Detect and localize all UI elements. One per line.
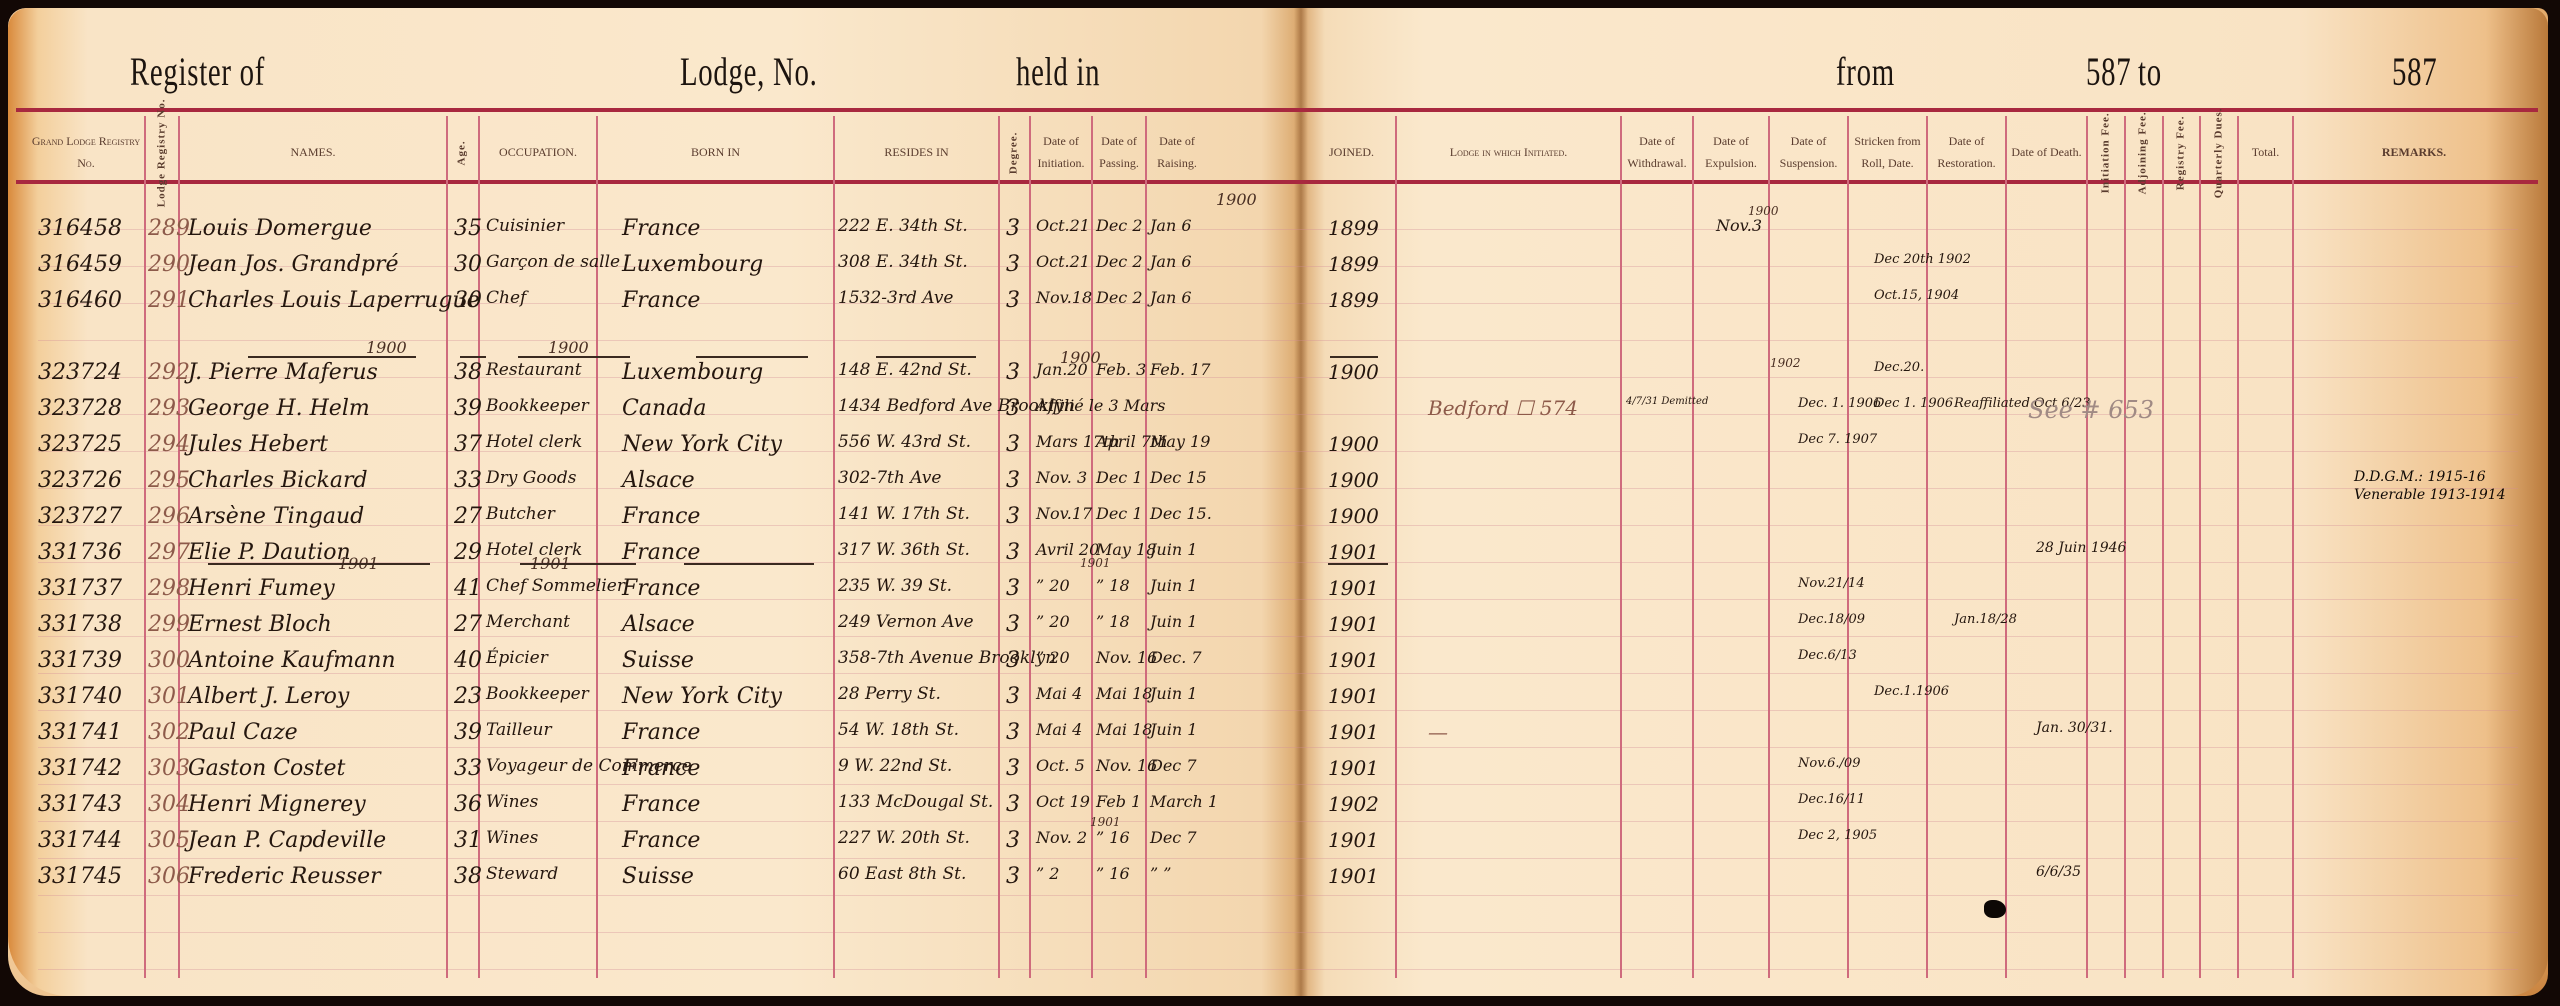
- row-10-joined: 1901: [1328, 576, 1379, 600]
- group-underline: [248, 356, 416, 358]
- row-8-raising: Dec 15.: [1150, 504, 1212, 523]
- row-17-name: Jean P. Capdeville: [188, 828, 386, 853]
- row-2-raising: Jan 6: [1150, 252, 1192, 271]
- row-18-degree: 3: [1006, 864, 1020, 889]
- row-15-joined: 1901: [1328, 756, 1379, 780]
- row-5-lodge: 293: [148, 396, 190, 421]
- header-initiation-fee: Initiation Fee.: [2088, 120, 2124, 186]
- row-9-resides: 317 W. 36th St.: [838, 540, 970, 560]
- row-4-initiation: Jan.20: [1036, 360, 1088, 379]
- row-8-born: France: [622, 504, 700, 529]
- row-3-passing: Dec 2: [1096, 288, 1143, 307]
- header-registry-fee: Registry Fee.: [2164, 120, 2199, 186]
- row-18-raising: ” ”: [1150, 864, 1171, 883]
- row-10-occupation: Chef Sommelier: [486, 576, 625, 596]
- row-4-born: Luxembourg: [622, 360, 763, 385]
- row-3-name: Charles Louis Laperrugue: [188, 288, 480, 313]
- row-2-age: 30: [454, 252, 482, 277]
- row-2-passing: Dec 2: [1096, 252, 1143, 271]
- row-18-occupation: Steward: [486, 864, 558, 884]
- row-18-name: Frederic Reusser: [188, 864, 381, 889]
- row-15-passing: Nov. 16: [1096, 756, 1157, 775]
- row-16-joined: 1902: [1328, 792, 1379, 816]
- row-11-occupation: Merchant: [486, 612, 570, 632]
- row-4-age: 38: [454, 360, 482, 385]
- row-10-name: Henri Fumey: [188, 576, 335, 601]
- row-1-expulsion: Nov.3: [1716, 216, 1762, 235]
- column-divider: [2005, 116, 2007, 978]
- row-1-born: France: [622, 216, 700, 241]
- row-9-death: 28 Juin 1946: [2036, 540, 2126, 556]
- row-8-resides: 141 W. 17th St.: [838, 504, 970, 524]
- column-divider: [998, 116, 1000, 978]
- row-14-grand: 331741: [38, 720, 122, 745]
- row-14-age: 39: [454, 720, 482, 745]
- row-11-initiation: ” 20: [1036, 612, 1070, 631]
- header-passing: Date of Passing.: [1093, 120, 1145, 186]
- row-11-raising: Juin 1: [1150, 612, 1197, 631]
- row-3-grand: 316460: [38, 288, 122, 313]
- header-withdrawal: Date of Withdrawal.: [1622, 120, 1692, 186]
- row-11-joined: 1901: [1328, 612, 1379, 636]
- row-2-stricken: Dec 20th 1902: [1874, 252, 1971, 267]
- row-15-initiation: Oct. 5: [1036, 756, 1085, 775]
- row-7-lodge: 295: [148, 468, 190, 493]
- row-6-name: Jules Hebert: [188, 432, 328, 457]
- row-17-occupation: Wines: [486, 828, 538, 848]
- row-13-born: New York City: [622, 684, 782, 709]
- annotation-year: 1900: [548, 338, 589, 357]
- header-lodge-initiated: Lodge in which Initiated.: [1397, 120, 1620, 186]
- row-1-lodge: 289: [148, 216, 190, 241]
- row-1-passing: Dec 2: [1096, 216, 1143, 235]
- row-11-grand: 331738: [38, 612, 122, 637]
- header-raising: Date of Raising.: [1147, 120, 1207, 186]
- row-9-age: 29: [454, 540, 482, 565]
- row-16-lodge: 304: [148, 792, 190, 817]
- header-age-label: Age.: [453, 140, 473, 165]
- row-4-joined: 1900: [1328, 360, 1379, 384]
- row-16-passing: Feb 1: [1096, 792, 1141, 811]
- row-5-stricken: Dec 1. 1906: [1874, 396, 1953, 411]
- row-2-resides: 308 E. 34th St.: [838, 252, 968, 272]
- header-remarks: REMARKS.: [2294, 120, 2534, 186]
- header-resides-in: RESIDES IN: [835, 120, 998, 186]
- row-5-born: Canada: [622, 396, 706, 421]
- row-12-grand: 331739: [38, 648, 122, 673]
- row-15-suspension: Nov.6./09: [1798, 756, 1860, 771]
- row-12-lodge: 300: [148, 648, 190, 673]
- row-8-initiation: Nov.17: [1036, 504, 1092, 523]
- row-17-grand: 331744: [38, 828, 122, 853]
- row-16-resides: 133 McDougal St.: [838, 792, 993, 812]
- row-2-degree: 3: [1006, 252, 1020, 277]
- header-adjoining-fee: Adjoining Fee.: [2126, 120, 2162, 186]
- row-9-grand: 331736: [38, 540, 122, 565]
- row-14-death: Jan. 30/31.: [2036, 720, 2113, 736]
- column-divider: [1620, 116, 1622, 978]
- row-14-joined: 1901: [1328, 720, 1379, 744]
- row-5-degree: 3: [1006, 396, 1020, 421]
- row-14-lodge: 302: [148, 720, 190, 745]
- row-17-suspension: Dec 2, 1905: [1798, 828, 1877, 843]
- row-10-raising: Juin 1: [1150, 576, 1197, 595]
- row-6-born: New York City: [622, 432, 782, 457]
- row-11-suspension: Dec.18/09: [1798, 612, 1865, 627]
- row-14-name: Paul Caze: [188, 720, 298, 745]
- row-6-joined: 1900: [1328, 432, 1379, 456]
- row-10-passing: ” 18: [1096, 576, 1130, 595]
- column-divider: [1692, 116, 1694, 978]
- title-from: from: [1836, 48, 1895, 95]
- row-6-grand: 323725: [38, 432, 122, 457]
- header-restoration: Date of Restoration.: [1928, 120, 2005, 186]
- row-5-age: 39: [454, 396, 482, 421]
- row-3-initiation: Nov.18: [1036, 288, 1092, 307]
- header-death: Date of Death.: [2007, 120, 2086, 186]
- header-initiation-fee-label: Initiation Fee.: [2096, 112, 2116, 193]
- row-13-joined: 1901: [1328, 684, 1379, 708]
- column-divider: [2237, 116, 2239, 978]
- row-7-occupation: Dry Goods: [486, 468, 576, 488]
- row-13-lodge: 301: [148, 684, 190, 709]
- row-1-age: 35: [454, 216, 482, 241]
- row-7-raising: Dec 15: [1150, 468, 1207, 487]
- row-14-passing: Mai 18: [1096, 720, 1152, 739]
- row-9-lodge: 297: [148, 540, 190, 565]
- row-11-passing: ” 18: [1096, 612, 1130, 631]
- header-joined: JOINED.: [1308, 120, 1395, 186]
- row-8-lodge: 296: [148, 504, 190, 529]
- row-15-resides: 9 W. 22nd St.: [838, 756, 952, 776]
- row-9-born: France: [622, 540, 700, 565]
- row-12-resides: 358-7th Avenue Brooklyn: [838, 648, 1056, 668]
- row-9-raising: Juin 1: [1150, 540, 1197, 559]
- row-12-born: Suisse: [622, 648, 694, 673]
- row-7-degree: 3: [1006, 468, 1020, 493]
- row-2-grand: 316459: [38, 252, 122, 277]
- row-13-grand: 331740: [38, 684, 122, 709]
- row-15-degree: 3: [1006, 756, 1020, 781]
- row-7-grand: 323726: [38, 468, 122, 493]
- row-9-name: Elie P. Daution: [188, 540, 351, 565]
- row-4-lodge: 292: [148, 360, 190, 385]
- row-11-degree: 3: [1006, 612, 1020, 637]
- row-16-degree: 3: [1006, 792, 1020, 817]
- row-9-degree: 3: [1006, 540, 1020, 565]
- annotation-year: 1900: [1216, 190, 1257, 209]
- row-13-initiation: Mai 4: [1036, 684, 1082, 703]
- column-divider: [596, 116, 598, 978]
- row-16-occupation: Wines: [486, 792, 538, 812]
- row-2-initiation: Oct.21: [1036, 252, 1090, 271]
- column-divider: [1395, 116, 1397, 978]
- row-1-joined: 1899: [1328, 216, 1379, 240]
- row-4-stricken: Dec.20.: [1874, 360, 1924, 375]
- row-6-degree: 3: [1006, 432, 1020, 457]
- row-17-resides: 227 W. 20th St.: [838, 828, 970, 848]
- row-17-joined: 1901: [1328, 828, 1379, 852]
- row-2-occupation: Garçon de salle: [486, 252, 620, 272]
- row-4-name: J. Pierre Maferus: [188, 360, 378, 385]
- ink-blot: [1984, 900, 2006, 918]
- row-8-joined: 1900: [1328, 504, 1379, 528]
- row-14-resides: 54 W. 18th St.: [838, 720, 959, 740]
- row-8-passing: Dec 1: [1096, 504, 1143, 523]
- row-17-degree: 3: [1006, 828, 1020, 853]
- column-divider: [2292, 116, 2294, 978]
- column-divider: [446, 116, 448, 978]
- header-quarterly-dues-label: Quarterly Dues.: [2209, 108, 2229, 199]
- row-16-born: France: [622, 792, 700, 817]
- row-14-degree: 3: [1006, 720, 1020, 745]
- group-underline: [520, 563, 636, 565]
- row-17-born: France: [622, 828, 700, 853]
- row-13-degree: 3: [1006, 684, 1020, 709]
- column-divider: [833, 116, 835, 978]
- row-13-name: Albert J. Leroy: [188, 684, 349, 709]
- row-4-occupation: Restaurant: [486, 360, 582, 380]
- row-11-lodge: 299: [148, 612, 190, 637]
- row-1-degree: 3: [1006, 216, 1020, 241]
- row-13-occupation: Bookkeeper: [486, 684, 589, 704]
- row-6-raising: May 19: [1150, 432, 1210, 451]
- row-1-grand: 316458: [38, 216, 122, 241]
- title-held-in: held in: [1016, 48, 1100, 95]
- header-total: Total.: [2239, 120, 2292, 186]
- header-stricken: Stricken from Roll, Date.: [1849, 120, 1926, 186]
- row-6-lodge: 294: [148, 432, 190, 457]
- row-2-born: Luxembourg: [622, 252, 763, 277]
- row-4-passing: Feb. 3: [1096, 360, 1146, 379]
- row-1-initiation: Oct.21: [1036, 216, 1090, 235]
- row-10-born: France: [622, 576, 700, 601]
- row-2-lodge: 290: [148, 252, 190, 277]
- row-16-grand: 331743: [38, 792, 122, 817]
- row-2-joined: 1899: [1328, 252, 1379, 276]
- row-4-degree: 3: [1006, 360, 1020, 385]
- header-expulsion: Date of Expulsion.: [1694, 120, 1768, 186]
- row-12-initiation: ” 20: [1036, 648, 1070, 667]
- row-12-suspension: Dec.6/13: [1798, 648, 1857, 663]
- row-18-born: Suisse: [622, 864, 694, 889]
- title-lodge-no: Lodge, No.: [680, 48, 818, 95]
- row-13-age: 23: [454, 684, 482, 709]
- header-suspension: Date of Suspension.: [1770, 120, 1847, 186]
- header-occupation: OCCUPATION.: [480, 120, 596, 186]
- title-to: to: [2138, 48, 2162, 95]
- row-8-name: Arsène Tingaud: [188, 504, 364, 529]
- row-3-stricken: Oct.15, 1904: [1874, 288, 1959, 303]
- row-13-passing: Mai 18: [1096, 684, 1152, 703]
- row-9-joined: 1901: [1328, 540, 1379, 564]
- column-divider: [1847, 116, 1849, 978]
- row-3-raising: Jan 6: [1150, 288, 1192, 307]
- row-6-suspension: Dec 7. 1907: [1798, 432, 1877, 447]
- row-10-suspension: Nov.21/14: [1798, 576, 1865, 591]
- column-divider: [144, 116, 146, 978]
- row-1-occupation: Cuisinier: [486, 216, 564, 236]
- row-17-lodge: 305: [148, 828, 190, 853]
- row-16-suspension: Dec.16/11: [1798, 792, 1865, 807]
- row-10-initiation: ” 20: [1036, 576, 1070, 595]
- row-9-occupation: Hotel clerk: [486, 540, 582, 560]
- title-from-value: 587: [2086, 48, 2131, 95]
- row-12-passing: Nov. 16: [1096, 648, 1157, 667]
- header-names: NAMES.: [180, 120, 446, 186]
- row-10-degree: 3: [1006, 576, 1020, 601]
- row-18-death: 6/6/35: [2036, 864, 2081, 880]
- column-divider: [1029, 116, 1031, 978]
- title-to-value: 587: [2392, 48, 2437, 95]
- row-5-initiation: Affilié le 3 Mars: [1036, 396, 1166, 415]
- row-6-age: 37: [454, 432, 482, 457]
- row-5-suspension: Dec. 1. 1906: [1798, 396, 1881, 411]
- row-1-name: Louis Domergue: [188, 216, 372, 241]
- row-8-grand: 323727: [38, 504, 122, 529]
- row-8-occupation: Butcher: [486, 504, 555, 524]
- row-3-resides: 1532-3rd Ave: [838, 288, 954, 308]
- row-17-initiation: Nov. 2: [1036, 828, 1087, 847]
- row-7-joined: 1900: [1328, 468, 1379, 492]
- row-7-born: Alsace: [622, 468, 695, 493]
- row-8-age: 27: [454, 504, 482, 529]
- row-14-occupation: Tailleur: [486, 720, 552, 740]
- row-15-grand: 331742: [38, 756, 122, 781]
- annotation-year: 1901: [1090, 815, 1121, 829]
- row-16-age: 36: [454, 792, 482, 817]
- header-degree: Degree.: [1000, 120, 1029, 186]
- row-11-age: 27: [454, 612, 482, 637]
- row-11-born: Alsace: [622, 612, 695, 637]
- row-15-age: 33: [454, 756, 482, 781]
- row-5-occupation: Bookkeeper: [486, 396, 589, 416]
- open-register-book: Register of Lodge, No. held in from 587 …: [8, 8, 2548, 996]
- row-8-degree: 3: [1006, 504, 1020, 529]
- row-13-resides: 28 Perry St.: [838, 684, 941, 704]
- row-15-raising: Dec 7: [1150, 756, 1197, 775]
- row-16-name: Henri Mignerey: [188, 792, 366, 817]
- row-5-withdrawal: 4/7/31 Demitted: [1626, 396, 1708, 407]
- row-18-passing: ” 16: [1096, 864, 1130, 883]
- header-top-rule: [16, 108, 2538, 112]
- group-underline: [1330, 356, 1378, 358]
- row-11-name: Ernest Bloch: [188, 612, 332, 637]
- header-age: Age.: [448, 120, 478, 186]
- column-divider: [2199, 116, 2201, 978]
- row-10-grand: 331737: [38, 576, 122, 601]
- row-17-passing: ” 16: [1096, 828, 1130, 847]
- row-18-age: 38: [454, 864, 482, 889]
- row-13-raising: Juin 1: [1150, 684, 1197, 703]
- header-quarterly-dues: Quarterly Dues.: [2201, 120, 2237, 186]
- group-underline: [460, 356, 486, 358]
- row-9-passing: May 18: [1096, 540, 1156, 559]
- column-divider: [2162, 116, 2164, 978]
- row-9-initiation: Avril 20: [1036, 540, 1099, 559]
- row-2-name: Jean Jos. Grandpré: [188, 252, 399, 277]
- row-17-raising: Dec 7: [1150, 828, 1197, 847]
- row-15-born: France: [622, 756, 700, 781]
- row-7-initiation: Nov. 3: [1036, 468, 1087, 487]
- header-degree-label: Degree.: [1005, 132, 1025, 175]
- header-lodge-no: Lodge Registry No.: [146, 120, 178, 186]
- row-17-age: 31: [454, 828, 482, 853]
- header-adjoining-fee-label: Adjoining Fee.: [2134, 111, 2154, 194]
- row-7-passing: Dec 1: [1096, 468, 1143, 487]
- row-11-resides: 249 Vernon Ave: [838, 612, 974, 632]
- row-12-occupation: Épicier: [486, 648, 548, 668]
- group-underline: [684, 563, 814, 565]
- group-underline: [518, 356, 630, 358]
- row-4-grand: 323724: [38, 360, 122, 385]
- header-grand-lodge-no: Grand Lodge Registry No.: [30, 120, 142, 186]
- row-3-occupation: Chef: [486, 288, 526, 308]
- row-14-born: France: [622, 720, 700, 745]
- row-12-name: Antoine Kaufmann: [188, 648, 396, 673]
- header-registry-fee-label: Registry Fee.: [2172, 116, 2192, 191]
- row-5-name: George H. Helm: [188, 396, 370, 421]
- row-7-resides: 302-7th Ave: [838, 468, 941, 488]
- row-10-resides: 235 W. 39 St.: [838, 576, 952, 596]
- row-14-raising: Juin 1: [1150, 720, 1197, 739]
- row-7-name: Charles Bickard: [188, 468, 368, 493]
- annotation-year: 1902: [1770, 356, 1801, 370]
- group-underline: [696, 356, 808, 358]
- row-18-joined: 1901: [1328, 864, 1379, 888]
- row-5-lodge-initiated: Bedford ☐ 574: [1428, 396, 1578, 420]
- row-3-degree: 3: [1006, 288, 1020, 313]
- row-3-born: France: [622, 288, 700, 313]
- row-12-raising: Dec. 7: [1150, 648, 1202, 667]
- row-5-grand: 323728: [38, 396, 122, 421]
- column-divider: [1768, 116, 1770, 978]
- row-3-age: 30: [454, 288, 482, 313]
- row-14-lodge-initiated: —: [1428, 720, 1448, 744]
- group-underline: [876, 356, 976, 358]
- header-initiation: Date of Initiation.: [1031, 120, 1091, 186]
- row-5-death: See # 653: [2028, 396, 2154, 424]
- row-10-age: 41: [454, 576, 482, 601]
- row-4-raising: Feb. 17: [1150, 360, 1210, 379]
- row-13-stricken: Dec.1.1906: [1874, 684, 1949, 699]
- row-16-initiation: Oct 19: [1036, 792, 1090, 811]
- row-10-lodge: 298: [148, 576, 190, 601]
- row-14-initiation: Mai 4: [1036, 720, 1082, 739]
- column-divider: [1926, 116, 1928, 978]
- row-6-occupation: Hotel clerk: [486, 432, 582, 452]
- annotation-year: 1900: [366, 338, 407, 357]
- row-16-raising: March 1: [1150, 792, 1218, 811]
- row-18-initiation: ” 2: [1036, 864, 1059, 883]
- row-3-lodge: 291: [148, 288, 190, 313]
- row-1-raising: Jan 6: [1150, 216, 1192, 235]
- row-1-resides: 222 E. 34th St.: [838, 216, 968, 236]
- row-3-joined: 1899: [1328, 288, 1379, 312]
- row-12-age: 40: [454, 648, 482, 673]
- row-15-name: Gaston Costet: [188, 756, 345, 781]
- row-6-resides: 556 W. 43rd St.: [838, 432, 971, 452]
- title-register-of: Register of: [130, 48, 265, 95]
- header-born-in: BORN IN: [598, 120, 833, 186]
- row-12-degree: 3: [1006, 648, 1020, 673]
- header-lodge-no-label: Lodge Registry No.: [152, 99, 172, 208]
- row-7-remarks: D.D.G.M.: 1915-16 Venerable 1913-1914: [2354, 468, 2554, 504]
- row-15-lodge: 303: [148, 756, 190, 781]
- row-18-grand: 331745: [38, 864, 122, 889]
- row-18-lodge: 306: [148, 864, 190, 889]
- row-7-age: 33: [454, 468, 482, 493]
